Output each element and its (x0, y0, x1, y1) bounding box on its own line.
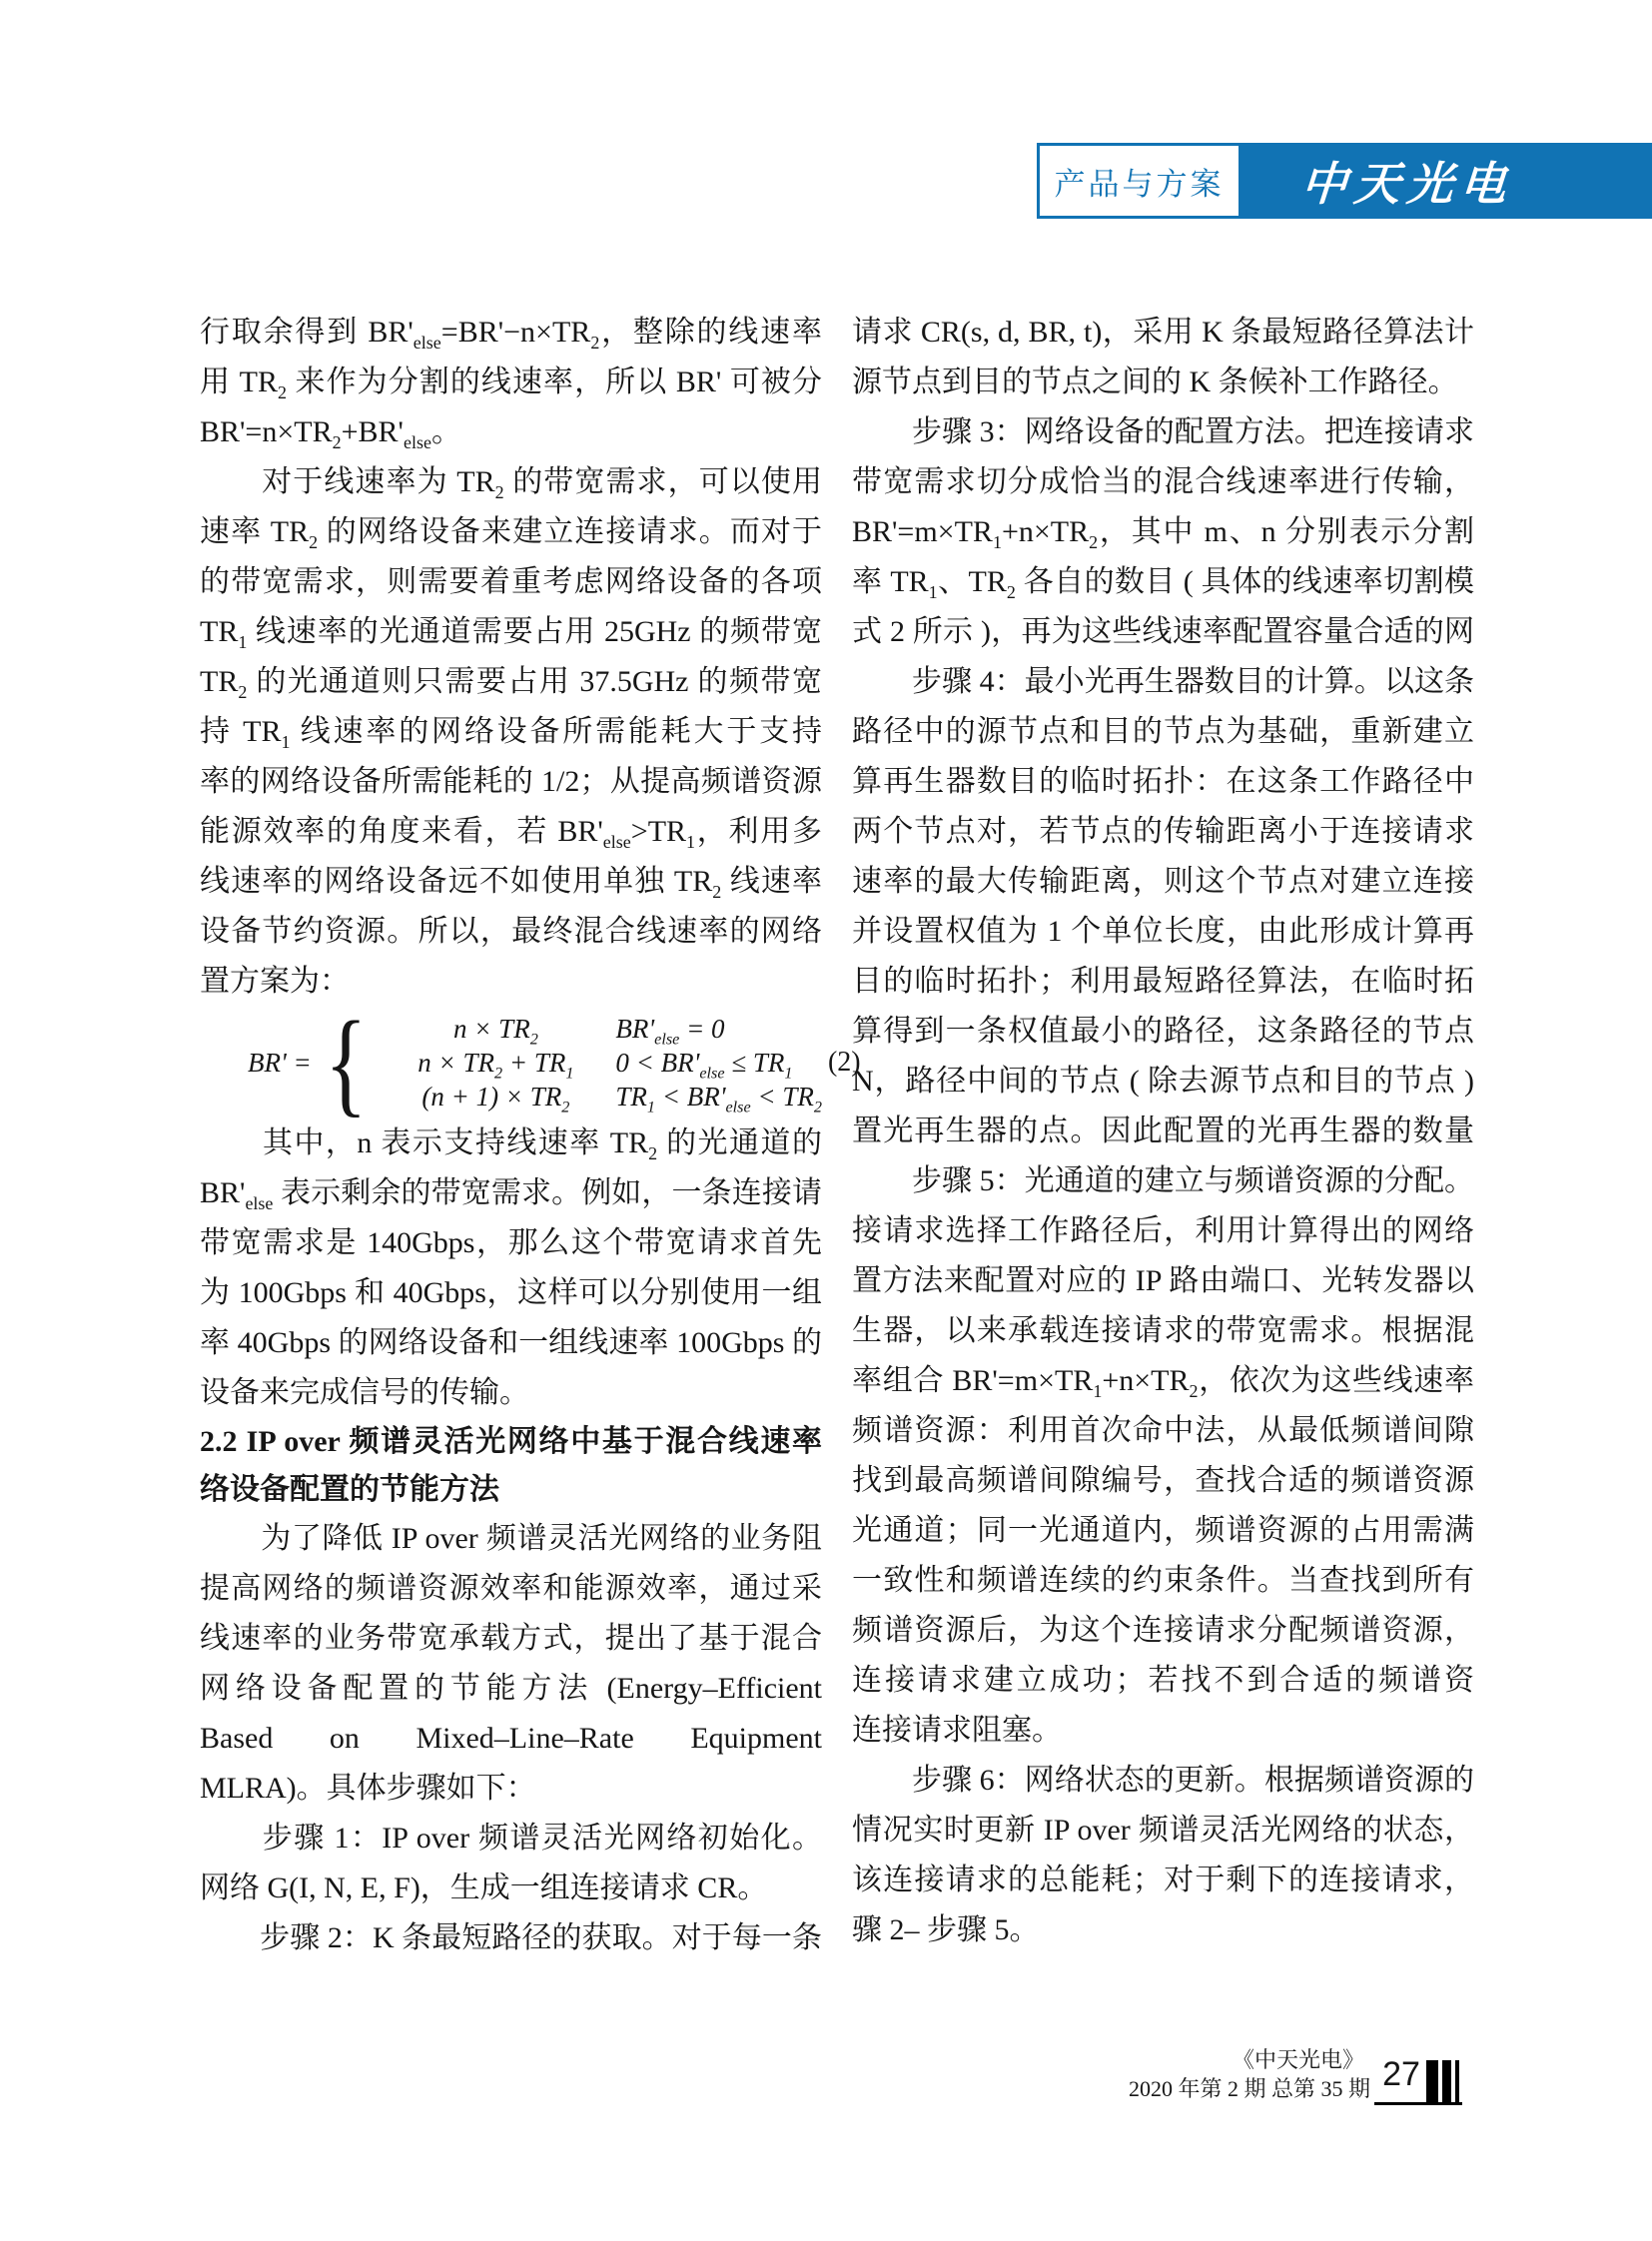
text-line: 能源效率的角度来看，若 BR'else>TR1，利用多个 TR1 (200, 807, 822, 857)
text-line: 2.2 IP over 频谱灵活光网络中基于混合线速率网 (200, 1418, 822, 1466)
text-line: 频谱资源：利用首次命中法，从最低频谱间隙编号查 (852, 1406, 1474, 1456)
column-left: 行取余得到 BR'else=BR'−n×TR2，整除的线速率都用 TR2 来作为… (200, 308, 822, 1963)
paragraph: 步骤 5：光通道的建立与频谱资源的分配。在连接请求选择工作路径后，利用计算得出的… (852, 1156, 1474, 1756)
text-line: 率 TR1、TR2 各自的数目 ( 具体的线速率切割模型如公 (852, 557, 1474, 607)
text-line: 生器，以来承载连接请求的带宽需求。根据混合线速 (852, 1306, 1474, 1356)
formula-case-row: n × TR2 + TR1 0 < BR'else ≤ TR1 (376, 1046, 822, 1080)
document-page: 产品与方案 中天光电 行取余得到 BR'else=BR'−n×TR2，整除的线速… (0, 0, 1652, 2241)
footer-journal-name: 《中天光电》 (1129, 2045, 1364, 2074)
text-line: 率 40Gbps 的网络设备和一组线速率 100Gbps 的网络 (200, 1318, 822, 1368)
left-brace: { (325, 1013, 367, 1113)
text-line: 并设置权值为 1 个单位长度，由此形成计算再生器数 (852, 907, 1474, 957)
text-line: 连接请求阻塞。 (852, 1706, 1474, 1756)
text-line: 对于线速率为 TR2 的带宽需求，可以使用支持线 (200, 457, 822, 507)
text-line: TR1 线速率的光通道需要占用 25GHz 的频带宽度，而 (200, 607, 822, 657)
paragraph: 步骤 2：K 条最短路径的获取。对于每一条连接 (200, 1913, 822, 1963)
text-line: 设备节约资源。所以，最终混合线速率的网络设备配 (200, 907, 822, 957)
text-line: 算得到一条权值最小的路径，这条路径的节点数记为 (852, 1007, 1474, 1057)
text-line: 率的网络设备所需能耗的 1/2；从提高频谱资源效率和 (200, 757, 822, 807)
paragraph: 步骤 4：最小光再生器数目的计算。以这条工作路径中的源节点和目的节点为基础，重新… (852, 657, 1474, 1156)
formula-case-row: n × TR2 BR'else = 0 (376, 1012, 822, 1046)
text-line: 步骤 4：最小光再生器数目的计算。以这条工作 (852, 657, 1474, 707)
footer-issue-info: 2020 年第 2 期 总第 35 期 (1129, 2074, 1364, 2103)
footer-journal-info: 《中天光电》 2020 年第 2 期 总第 35 期 (1129, 2045, 1364, 2103)
column-right: 请求 CR(s, d, BR, t)，采用 K 条最短路径算法计算从源节点到目的… (852, 308, 1474, 1955)
text-line: MLRA)。具体步骤如下： (200, 1764, 822, 1814)
text-line: 请求 CR(s, d, BR, t)，采用 K 条最短路径算法计算从 (852, 308, 1474, 358)
text-line: 接请求选择工作路径后，利用计算得出的网络设备配 (852, 1206, 1474, 1256)
text-line: 带宽需求切分成恰当的混合线速率进行传输，即 (852, 457, 1474, 507)
text-line: 一致性和频谱连续的约束条件。当查找到所有可用的 (852, 1556, 1474, 1606)
paragraph: 步骤 3：网络设备的配置方法。把连接请求的带宽需求切分成恰当的混合线速率进行传输… (852, 407, 1474, 657)
text-line: 式 2 所示 )，再为这些线速率配置容量合适的网络设备。 (852, 607, 1474, 657)
section-badge: 产品与方案 (1037, 143, 1241, 219)
text-line: BR'else 表示剩余的带宽需求。例如，一条连接请求的 (200, 1168, 822, 1218)
paragraph: 对于线速率为 TR2 的带宽需求，可以使用支持线速率 TR2 的网络设备来建立连… (200, 457, 822, 1007)
text-line: 频谱资源后，为这个连接请求分配频谱资源，则这个 (852, 1606, 1474, 1656)
formula-lhs: BR' = (248, 1048, 312, 1079)
text-line: BR'=m×TR1+n×TR2，其中 m、n 分别表示分割后线速 (852, 507, 1474, 557)
text-line: Based on Mixed–Line–Rate Equipment Confi… (200, 1714, 822, 1764)
text-line: 率组合 BR'=m×TR1+n×TR2，依次为这些线速率分配 (852, 1356, 1474, 1406)
text-line: 置方法来配置对应的 IP 路由端口、光转发器以及光再 (852, 1256, 1474, 1306)
section-heading: 2.2 IP over 频谱灵活光网络中基于混合线速率网络设备配置的节能方法 (200, 1418, 822, 1514)
formula-cases: n × TR2 BR'else = 0 n × TR2 + TR1 0 < BR… (376, 1012, 822, 1114)
text-line: 的带宽需求，则需要着重考虑网络设备的各项参数： (200, 557, 822, 607)
text-line: 连接请求建立成功；若找不到合适的频谱资源，则该 (852, 1656, 1474, 1706)
text-line: 网络设备配置的节能方法 (Energy–Efficient Approach (200, 1664, 822, 1714)
text-line: 网络 G(I, N, E, F)，生成一组连接请求 CR。 (200, 1864, 822, 1913)
text-line: TR2 的光通道则只需要占用 37.5GHz 的频带宽度；支 (200, 657, 822, 707)
equation-2: BR' = { n × TR2 BR'else = 0 n × TR2 + TR… (200, 1007, 822, 1119)
text-line: 路径中的源节点和目的节点为基础，重新建立一个计 (852, 707, 1474, 757)
paragraph: 行取余得到 BR'else=BR'−n×TR2，整除的线速率都用 TR2 来作为… (200, 308, 822, 457)
text-line: 提高网络的频谱资源效率和能源效率，通过采用混合 (200, 1564, 822, 1614)
paragraph: 步骤 6：网络状态的更新。根据频谱资源的占用情况实时更新 IP over 频谱灵… (852, 1756, 1474, 1955)
text-line: 两个节点对，若节点的传输距离小于连接请求采用线 (852, 807, 1474, 857)
page-marker-bar-icon (1442, 2060, 1451, 2104)
text-line: 置光再生器的点。因此配置的光再生器的数量为 N−2。 (852, 1107, 1474, 1156)
text-line: 骤 2– 步骤 5。 (852, 1905, 1474, 1955)
text-line: BR'=n×TR2+BR'else。 (200, 407, 822, 457)
text-line: 速率的最大传输距离，则这个节点对建立连接链路， (852, 857, 1474, 907)
text-line: 找到最高频谱间隙编号，查找合适的频谱资源以建立 (852, 1456, 1474, 1506)
paragraph: 请求 CR(s, d, BR, t)，采用 K 条最短路径算法计算从源节点到目的… (852, 308, 1474, 407)
paragraph: 步骤 1：IP over 频谱灵活光网络初始化。初始化网络 G(I, N, E,… (200, 1814, 822, 1913)
text-line: 线速率的业务带宽承载方式，提出了基于混合线速率 (200, 1614, 822, 1664)
brand-logo-text: 中天光电 (1239, 148, 1516, 214)
text-line: 线速率的网络设备远不如使用单独 TR2 线速率的网络 (200, 857, 822, 907)
brand-bar: 中天光电 (1241, 143, 1652, 219)
text-line: 持 TR1 线速率的网络设备所需能耗大于支持 TR2 线速 (200, 707, 822, 757)
text-line: 带宽需求是 140Gbps，那么这个带宽请求首先可以分 (200, 1218, 822, 1268)
text-line: 该连接请求的总能耗；对于剩下的连接请求，重复步 (852, 1856, 1474, 1905)
text-line: 步骤 5：光通道的建立与频谱资源的分配。在连 (852, 1156, 1474, 1206)
text-line: 情况实时更新 IP over 频谱灵活光网络的状态，并计算 (852, 1806, 1474, 1856)
text-line: 行取余得到 BR'else=BR'−n×TR2，整除的线速率都 (200, 308, 822, 358)
paragraph: 为了降低 IP over 频谱灵活光网络的业务阻塞率，提高网络的频谱资源效率和能… (200, 1514, 822, 1814)
text-line: 用 TR2 来作为分割的线速率，所以 BR' 可被分割为 (200, 358, 822, 407)
page-marker-bar-icon (1426, 2060, 1438, 2104)
text-line: N，路径中间的节点 ( 除去源节点和目的节点 ) 即为设 (852, 1057, 1474, 1107)
paragraph: 其中，n 表示支持线速率 TR2 的光通道的数量，BR'else 表示剩余的带宽… (200, 1119, 822, 1418)
footer-page-number: 27 (1376, 2055, 1426, 2094)
text-line: 速率 TR2 的网络设备来建立连接请求。而对于 BR'else (200, 507, 822, 557)
page-marker-bar-icon (1455, 2060, 1459, 2104)
text-line: 置方案为： (200, 957, 822, 1007)
formula-case-row: (n + 1) × TR2 TR1 < BR'else < TR2 (376, 1080, 822, 1114)
text-line: 络设备配置的节能方法 (200, 1466, 822, 1514)
text-line: 步骤 2：K 条最短路径的获取。对于每一条连接 (200, 1913, 822, 1963)
section-badge-label: 产品与方案 (1055, 159, 1225, 204)
text-line: 设备来完成信号的传输。 (200, 1368, 822, 1418)
text-line: 算再生器数目的临时拓扑：在这条工作路径中的任意 (852, 757, 1474, 807)
text-line: 为了降低 IP over 频谱灵活光网络的业务阻塞率， (200, 1514, 822, 1564)
text-line: 光通道；同一光通道内，频谱资源的占用需满足频谱 (852, 1506, 1474, 1556)
text-line: 为 100Gbps 和 40Gbps，这样可以分别使用一组线速 (200, 1268, 822, 1318)
text-line: 源节点到目的节点之间的 K 条候补工作路径。 (852, 358, 1474, 407)
text-line: 步骤 6：网络状态的更新。根据频谱资源的占用 (852, 1756, 1474, 1806)
text-line: 目的临时拓扑；利用最短路径算法，在临时拓扑中计 (852, 957, 1474, 1007)
text-line: 其中，n 表示支持线速率 TR2 的光通道的数量， (200, 1119, 822, 1168)
text-line: 步骤 1：IP over 频谱灵活光网络初始化。初始化 (200, 1814, 822, 1864)
text-line: 步骤 3：网络设备的配置方法。把连接请求的 (852, 407, 1474, 457)
